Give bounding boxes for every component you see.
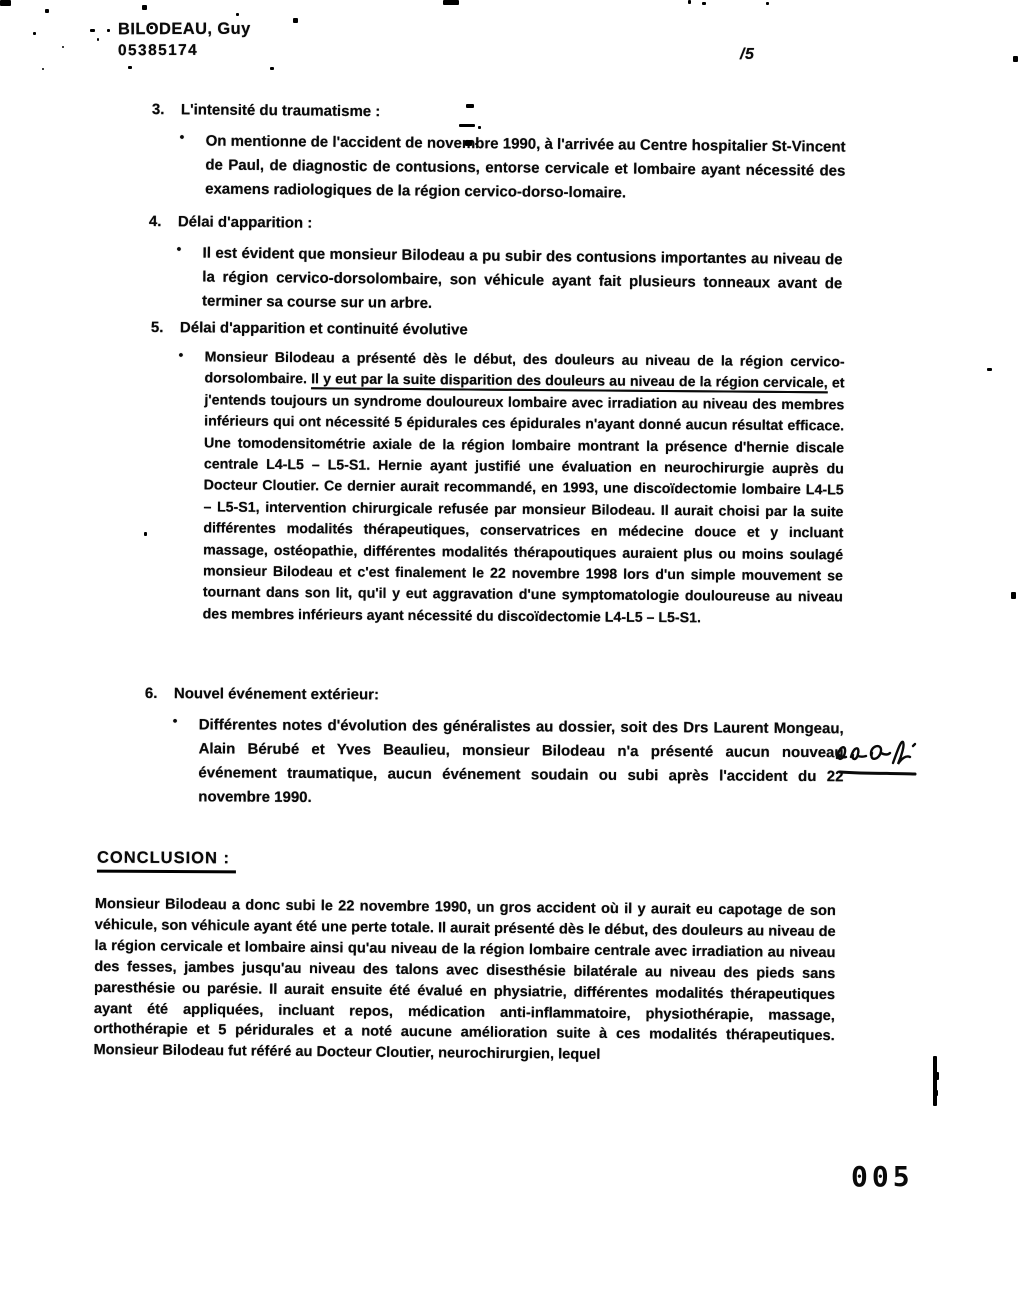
section-title: Nouvel événement extérieur:	[174, 684, 379, 705]
page-marker: /5	[740, 46, 754, 64]
bullet-icon: •	[177, 347, 205, 625]
scan-speckle	[688, 0, 691, 4]
file-number: 05385174	[118, 42, 198, 60]
scan-speckle	[1011, 592, 1016, 599]
underlined-passage: Il y eut par la suite disparition des do…	[311, 372, 828, 392]
scan-speckle	[90, 29, 95, 32]
scan-speckle	[128, 66, 132, 69]
scan-speckle	[987, 368, 992, 371]
scan-speckle	[1013, 56, 1018, 62]
conclusion-heading: CONCLUSION :	[97, 849, 236, 874]
pen-mark	[936, 1090, 938, 1096]
scan-speckle	[150, 26, 153, 29]
bullet-icon: •	[172, 713, 199, 809]
bullet-text: Monsieur Bilodeau a présenté dès le débu…	[203, 347, 845, 630]
section-3-intensite-traumatisme: 3. L'intensité du traumatisme : • On men…	[151, 100, 846, 208]
section-number: 6.	[145, 684, 174, 704]
scan-speckle	[465, 140, 472, 146]
bullet-icon: •	[176, 241, 203, 313]
scan-speckle	[443, 0, 459, 5]
page-stamp: 005	[851, 1160, 914, 1193]
section-number: 3.	[152, 100, 181, 120]
scan-speckle	[33, 32, 36, 35]
section-4-delai-apparition: 4. Délai d'apparition : • Il est évident…	[148, 212, 843, 320]
section-number: 4.	[149, 212, 178, 232]
section-title: Délai d'apparition :	[178, 212, 313, 233]
scan-speckle	[270, 67, 274, 70]
scan-speckle	[293, 18, 298, 23]
scanned-document-page: BILODEAU, Guy 05385174 /5 3. L'intensité…	[0, 0, 1020, 1315]
scan-speckle	[236, 13, 239, 16]
bullet-text: On mentionne de l'accident de novembre 1…	[205, 130, 846, 208]
scan-speckle	[766, 2, 769, 5]
scan-speckle	[478, 126, 481, 129]
scan-speckle	[466, 104, 474, 108]
scan-speckle	[107, 29, 110, 32]
section-5-continuite-evolutive: 5. Délai d'apparition et continuité évol…	[149, 318, 845, 631]
scan-speckle	[45, 9, 49, 13]
bullet-icon: •	[179, 129, 206, 201]
scan-speckle	[144, 532, 147, 536]
scan-speckle	[702, 2, 706, 5]
section-number: 5.	[151, 318, 180, 338]
patient-name: BILODEAU, Guy	[118, 20, 251, 39]
section-title: L'intensité du traumatisme :	[181, 100, 381, 122]
conclusion-paragraph: Monsieur Bilodeau a donc subi le 22 nove…	[93, 894, 836, 1068]
section-6-nouvel-evenement: 6. Nouvel événement extérieur: • Différe…	[144, 684, 844, 813]
section-title: Délai d'apparition et continuité évoluti…	[180, 318, 468, 340]
pen-mark	[933, 1056, 937, 1106]
scan-speckle	[0, 0, 11, 6]
scan-speckle	[42, 68, 44, 70]
scan-speckle	[62, 46, 64, 48]
bullet-text: Différentes notes d'évolution des généra…	[198, 713, 844, 813]
scan-speckle	[142, 5, 147, 10]
scan-speckle	[97, 38, 99, 41]
bullet-text: Il est évident que monsieur Bilodeau a p…	[202, 242, 843, 321]
handwritten-signature-icon	[833, 736, 923, 780]
pen-mark	[936, 1072, 939, 1080]
scan-speckle	[475, 143, 477, 145]
scan-speckle	[459, 124, 475, 127]
bullet-text-part: et j'entends toujours un syndrome doulou…	[203, 376, 845, 626]
